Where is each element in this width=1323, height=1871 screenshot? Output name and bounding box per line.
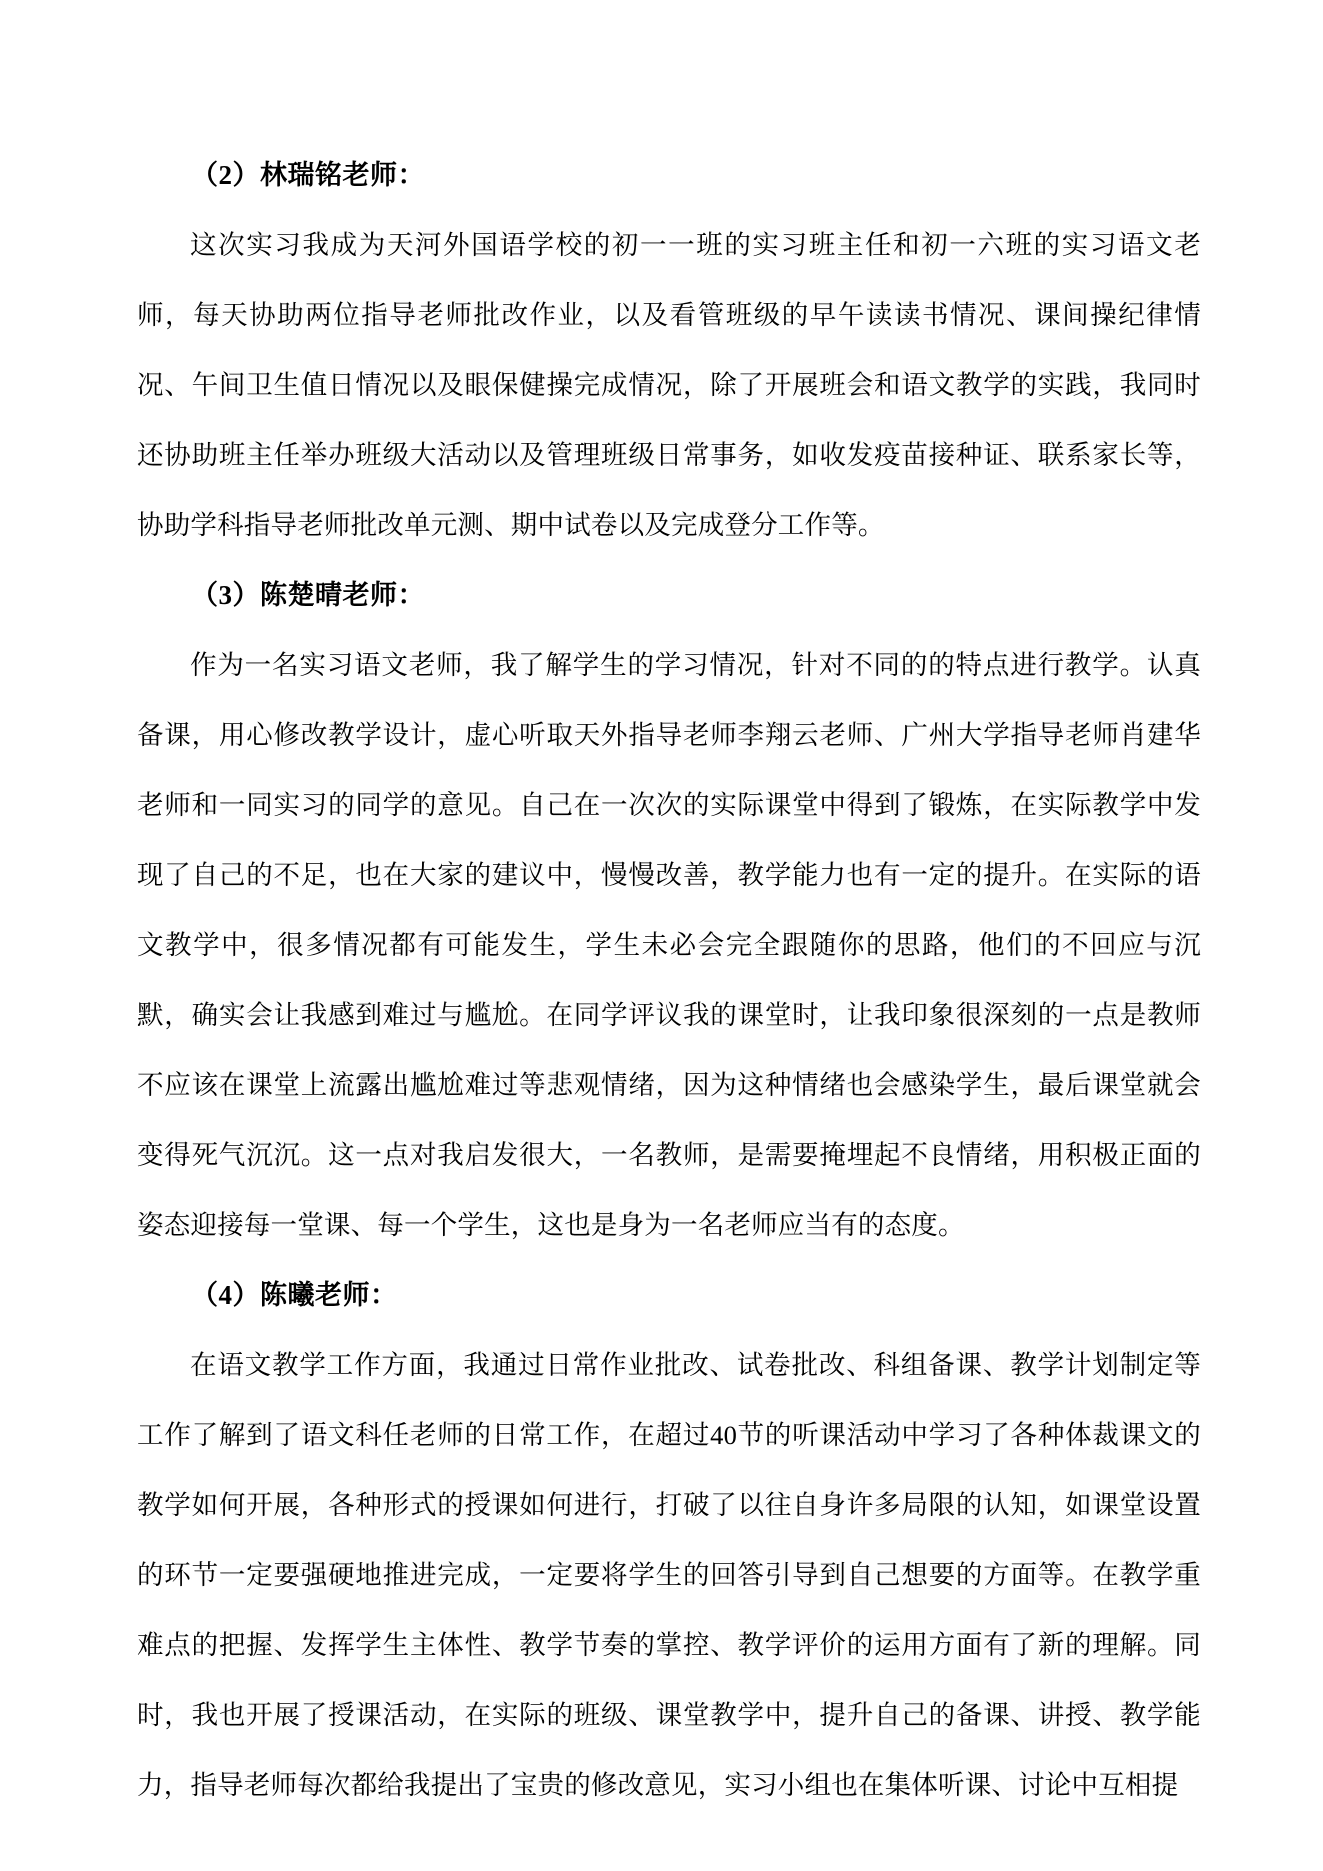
section-heading-teacher-chen-xi: （4）陈曦老师： xyxy=(137,1260,1201,1330)
section-heading-teacher-lin-ruiming: （2）林瑞铭老师： xyxy=(137,140,1201,210)
section-heading-teacher-chen-chuqing: （3）陈楚晴老师： xyxy=(137,560,1201,630)
section-paragraph-teacher-chen-xi: 在语文教学工作方面，我通过日常作业批改、试卷批改、科组备课、教学计划制定等工作了… xyxy=(137,1330,1201,1820)
section-paragraph-teacher-lin-ruiming: 这次实习我成为天河外国语学校的初一一班的实习班主任和初一六班的实习语文老师，每天… xyxy=(137,210,1201,560)
document-page: （2）林瑞铭老师： 这次实习我成为天河外国语学校的初一一班的实习班主任和初一六班… xyxy=(0,0,1323,1871)
section-paragraph-teacher-chen-chuqing: 作为一名实习语文老师，我了解学生的学习情况，针对不同的的特点进行教学。认真备课，… xyxy=(137,630,1201,1260)
document-content: （2）林瑞铭老师： 这次实习我成为天河外国语学校的初一一班的实习班主任和初一六班… xyxy=(137,140,1201,1820)
